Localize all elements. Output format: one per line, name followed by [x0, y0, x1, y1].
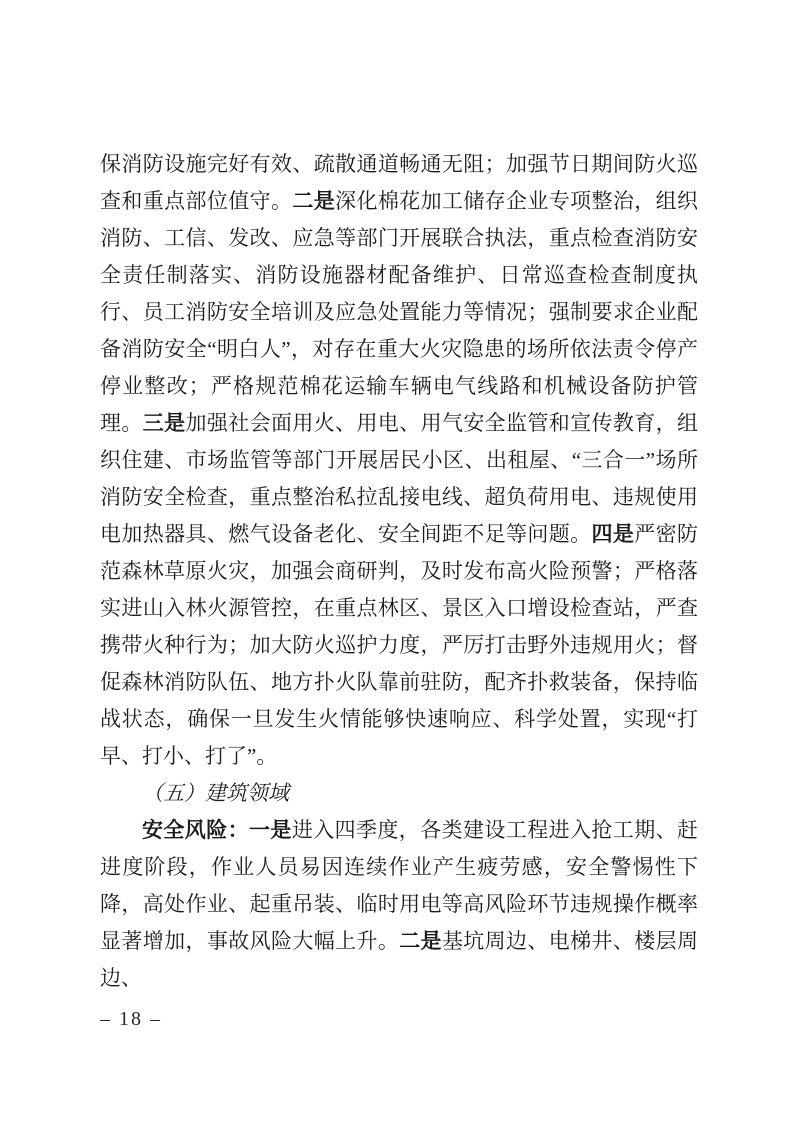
section-heading-construction-field: （五）建筑领域 [100, 775, 698, 812]
document-page: 保消防设施完好有效、疏散通道畅通无阻；加强节日期间防火巡查和重点部位值守。二是深… [0, 0, 793, 1122]
text-run: 严密防范森林草原火灾，加强会商研判，及时发布高火险预警；严格落实进山入林火源管控… [100, 522, 698, 768]
bold-enumerator-second: 二是 [292, 189, 335, 213]
bold-label-safety-risk-first: 安全风险：一是 [142, 818, 292, 842]
bold-enumerator-second: 二是 [399, 929, 442, 953]
text-run: 深化棉花加工储存企业专项整治，组织消防、工信、发改、应急等部门开展联合执法，重点… [100, 189, 698, 435]
paragraph-construction-safety-risk: 安全风险：一是进入四季度，各类建设工程进入抢工期、赶进度阶段，作业人员易因连续作… [100, 812, 698, 997]
bold-enumerator-third: 三是 [143, 411, 186, 435]
page-content: 保消防设施完好有效、疏散通道畅通无阻；加强节日期间防火巡查和重点部位值守。二是深… [100, 146, 698, 997]
bold-enumerator-fourth: 四是 [592, 522, 635, 546]
paragraph-fire-safety-measures: 保消防设施完好有效、疏散通道畅通无阻；加强节日期间防火巡查和重点部位值守。二是深… [100, 146, 698, 775]
page-number: – 18 – [100, 1008, 162, 1031]
